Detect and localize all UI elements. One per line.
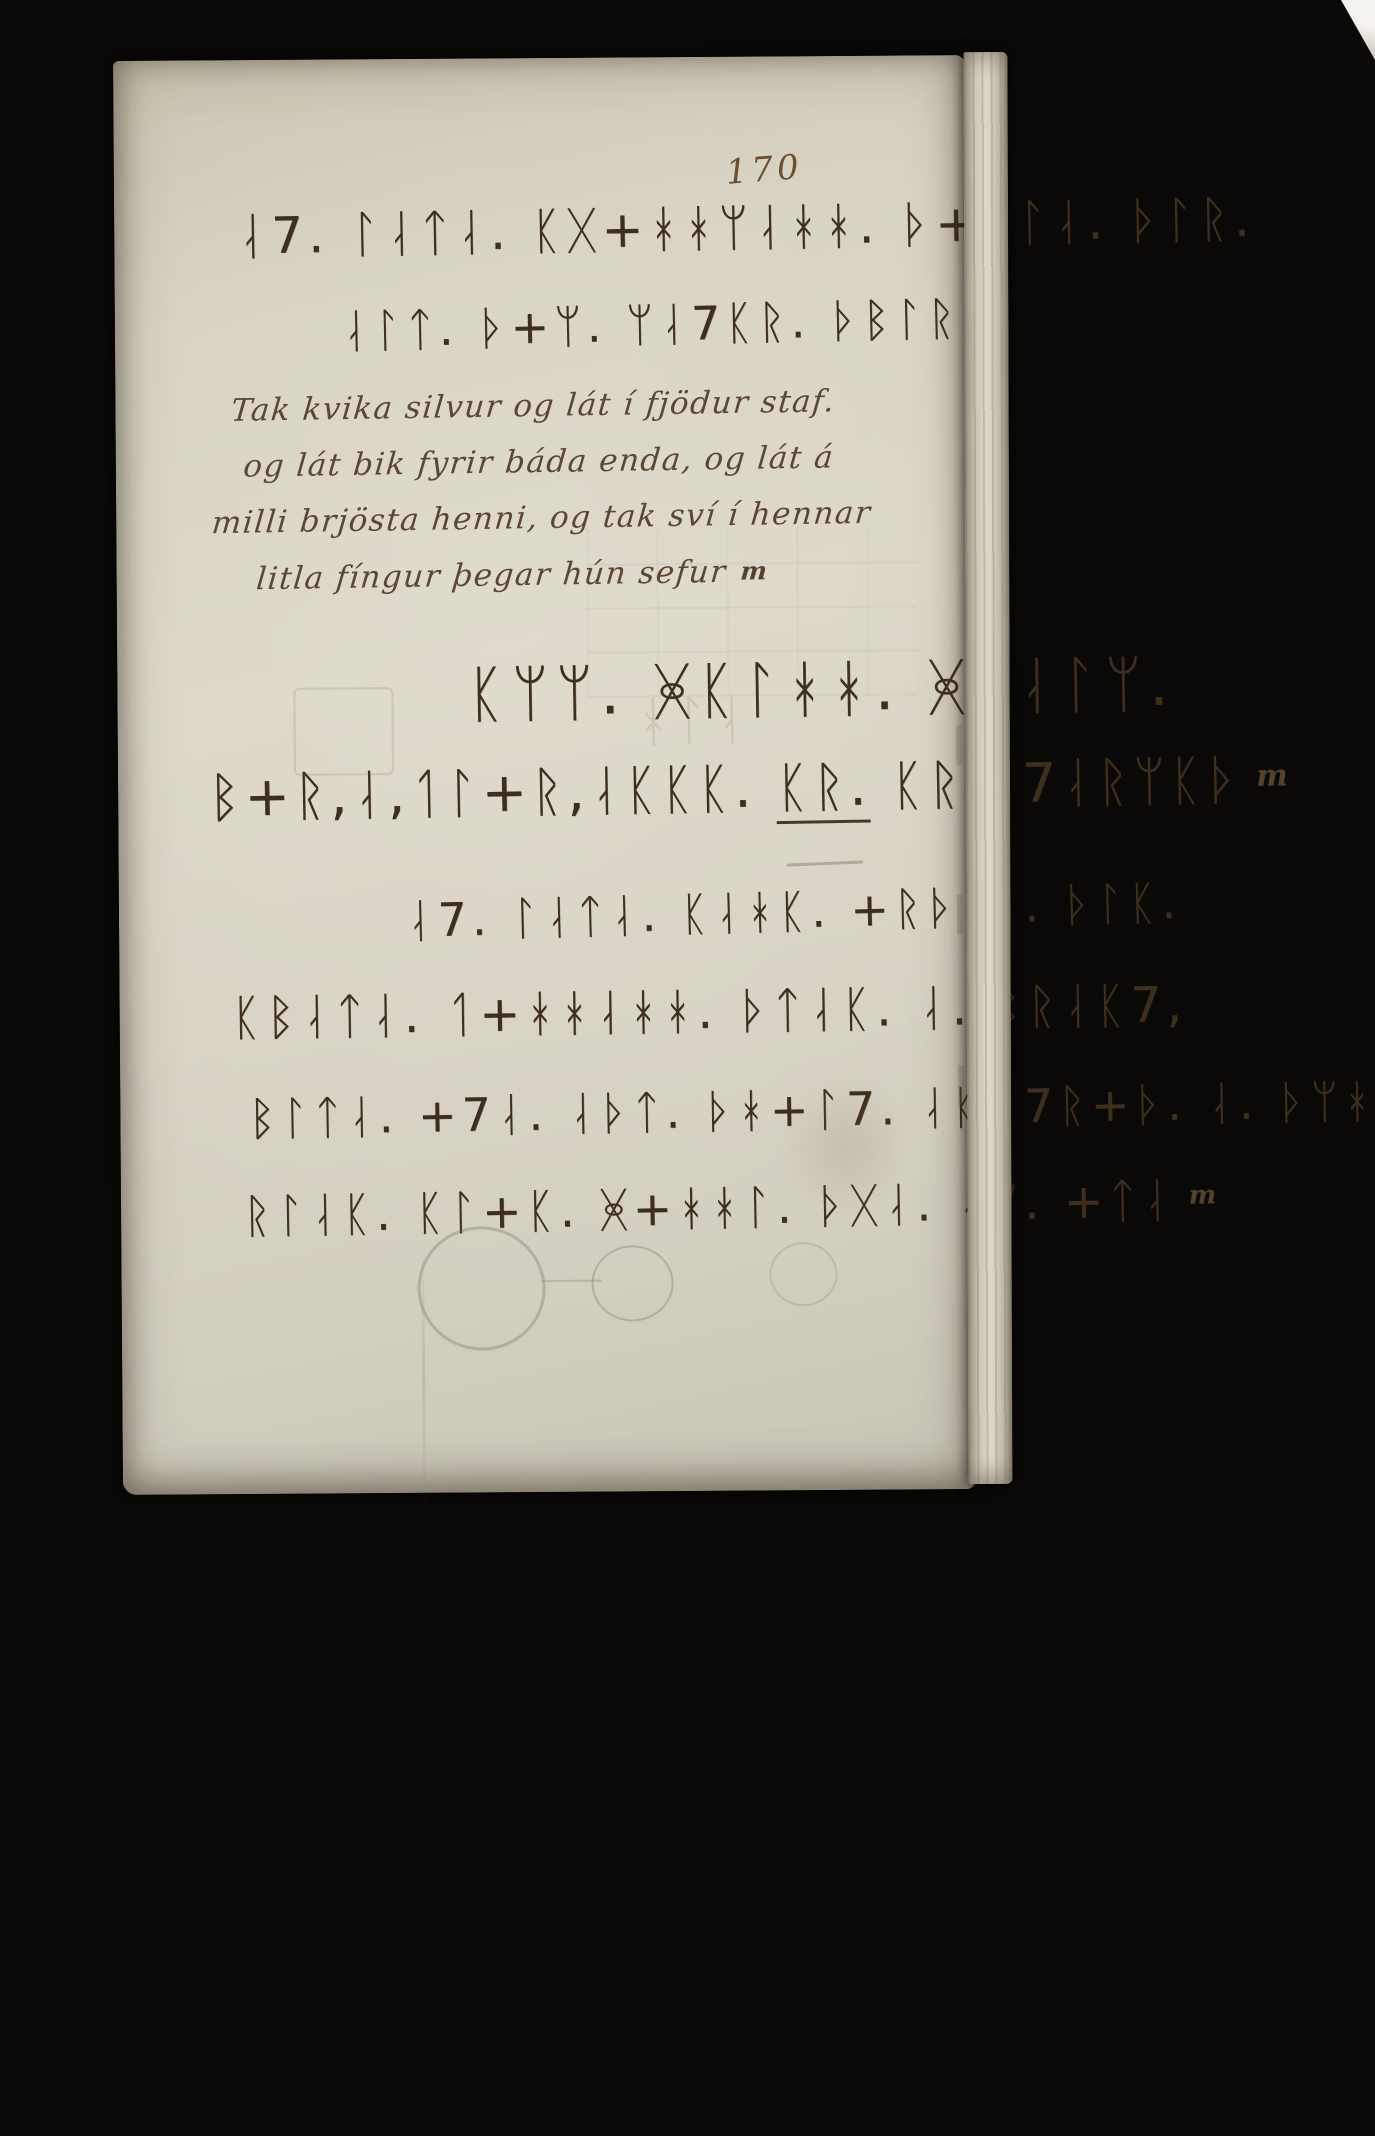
rune-mid-2-underlined: ᛕᚱ. (776, 754, 871, 824)
rune-line-lower-4: ᚱᛚᛆᛕ. ᛕᛚ+ᛕ. ᚸ+ᚼᚼᛚ. ᚦᚷᛆ. ᛆ7. +ᛏᛆm (243, 1172, 1217, 1244)
facing-page-fore-edge (964, 52, 1013, 1484)
cursive-line-3: milli brjösta henni, og tak sví í hennar (210, 495, 873, 541)
cursive-line-1: Tak kvika silvur og lát í fjödur staf. (230, 383, 837, 429)
pencil-sketch-circle-medium (591, 1245, 674, 1322)
flourish-mark: m (725, 556, 768, 586)
rune-line-mid-2: ᛒ+ᚱ,ᛆ,ᛐᛚ+ᚱ,ᛆᛕᛕᛕ. ᛕᚱ. ᛕᚱᛘ 7ᛆᚱᛘᛕᚦm (208, 747, 1289, 829)
cursive-line-4-text: litla fíngur þegar hún sefur (255, 554, 728, 597)
pencil-stroke (787, 860, 863, 866)
rune-line-lower-1: ᛆ7. ᛚᛆᛏᛆ. ᛕᛆᚼᛕ. +ᚱᚦᛕᛆ. ᚦᛚᛕ. (404, 875, 1181, 948)
cursive-line-4: litla fíngur þegar hún sefurm (255, 553, 769, 597)
rune-line-lower-3: ᛒᛚᛏᛆ. +7ᛆ. ᛆᚦᛏ. ᚦᚼ+ᛚ7. ᛆᛕ. 7ᚱ+ᚦ. ᛆ. ᚦᛘᚼ+… (248, 1072, 1375, 1145)
rune-lower-3-text: ᛒᛚᛏᛆ. +7ᛆ. ᛆᚦᛏ. ᚦᚼ+ᛚ7. ᛆᛕ. 7ᚱ+ᚦ. ᛆ. ᚦᛘᚼ+ (248, 1073, 1375, 1145)
rune-mid-2-pre: ᛒ+ᚱ,ᛆ,ᛐᛚ+ᚱ,ᛆᛕᛕᛕ. (208, 756, 777, 829)
manuscript-page: 170 ᛆ7. ᛚᛆᛏᛆ. ᛕᚷ+ᚼᚼᛘᛆᚼᚼ. ᚦ+ᛚᛚᛆ. ᚦᛚᚱ. ᛆᛚᛏ… (113, 55, 975, 1495)
rune-line-1: ᛆ7. ᛚᛆᛏᛆ. ᛕᚷ+ᚼᚼᛘᛆᚼᚼ. ᚦ+ᛚᛚᛆ. ᚦᛚᚱ. (236, 190, 1256, 266)
rune-line-2: ᛆᛚᛏ. ᚦ+ᛘ. ᛘᛆ7ᛕᚱ. ᚦᛒᛚᚱ. (340, 290, 980, 357)
pencil-sketch-circle-small (769, 1242, 837, 1306)
cursive-line-2: og lát bik fyrir báda enda, og lát á (242, 439, 836, 484)
rune-line-lower-2: ᛕᛒᛆᛏᛆ. ᛐ+ᚼᚼᛆᚼᚼ. ᚦᛏᛆᛕ. ᛆ. ᛒᚱᛆᛕ7, (231, 976, 1187, 1046)
pencil-connector-line (542, 1280, 602, 1282)
rune-lower-4-text: ᚱᛚᛆᛕ. ᛕᛚ+ᛕ. ᚸ+ᚼᚼᛚ. ᚦᚷᛆ. ᛆ7. +ᛏᛆ (243, 1173, 1176, 1244)
rune-mid-2-post: ᛕᚱᛘ 7ᛆᚱᛘᛕᚦ (870, 748, 1243, 817)
background-corner-patch (1341, 0, 1375, 60)
page-number: 170 (724, 144, 847, 193)
paper-crease (421, 1239, 426, 1519)
flourish-mark: m (1174, 1180, 1216, 1211)
flourish-mark: m (1242, 758, 1288, 794)
rune-line-mid-1: ᛕᛘᛘ. ᚸᛕᛚᚼᚼ. ᚸᛚᛆᛚᛘ. (467, 647, 1176, 731)
